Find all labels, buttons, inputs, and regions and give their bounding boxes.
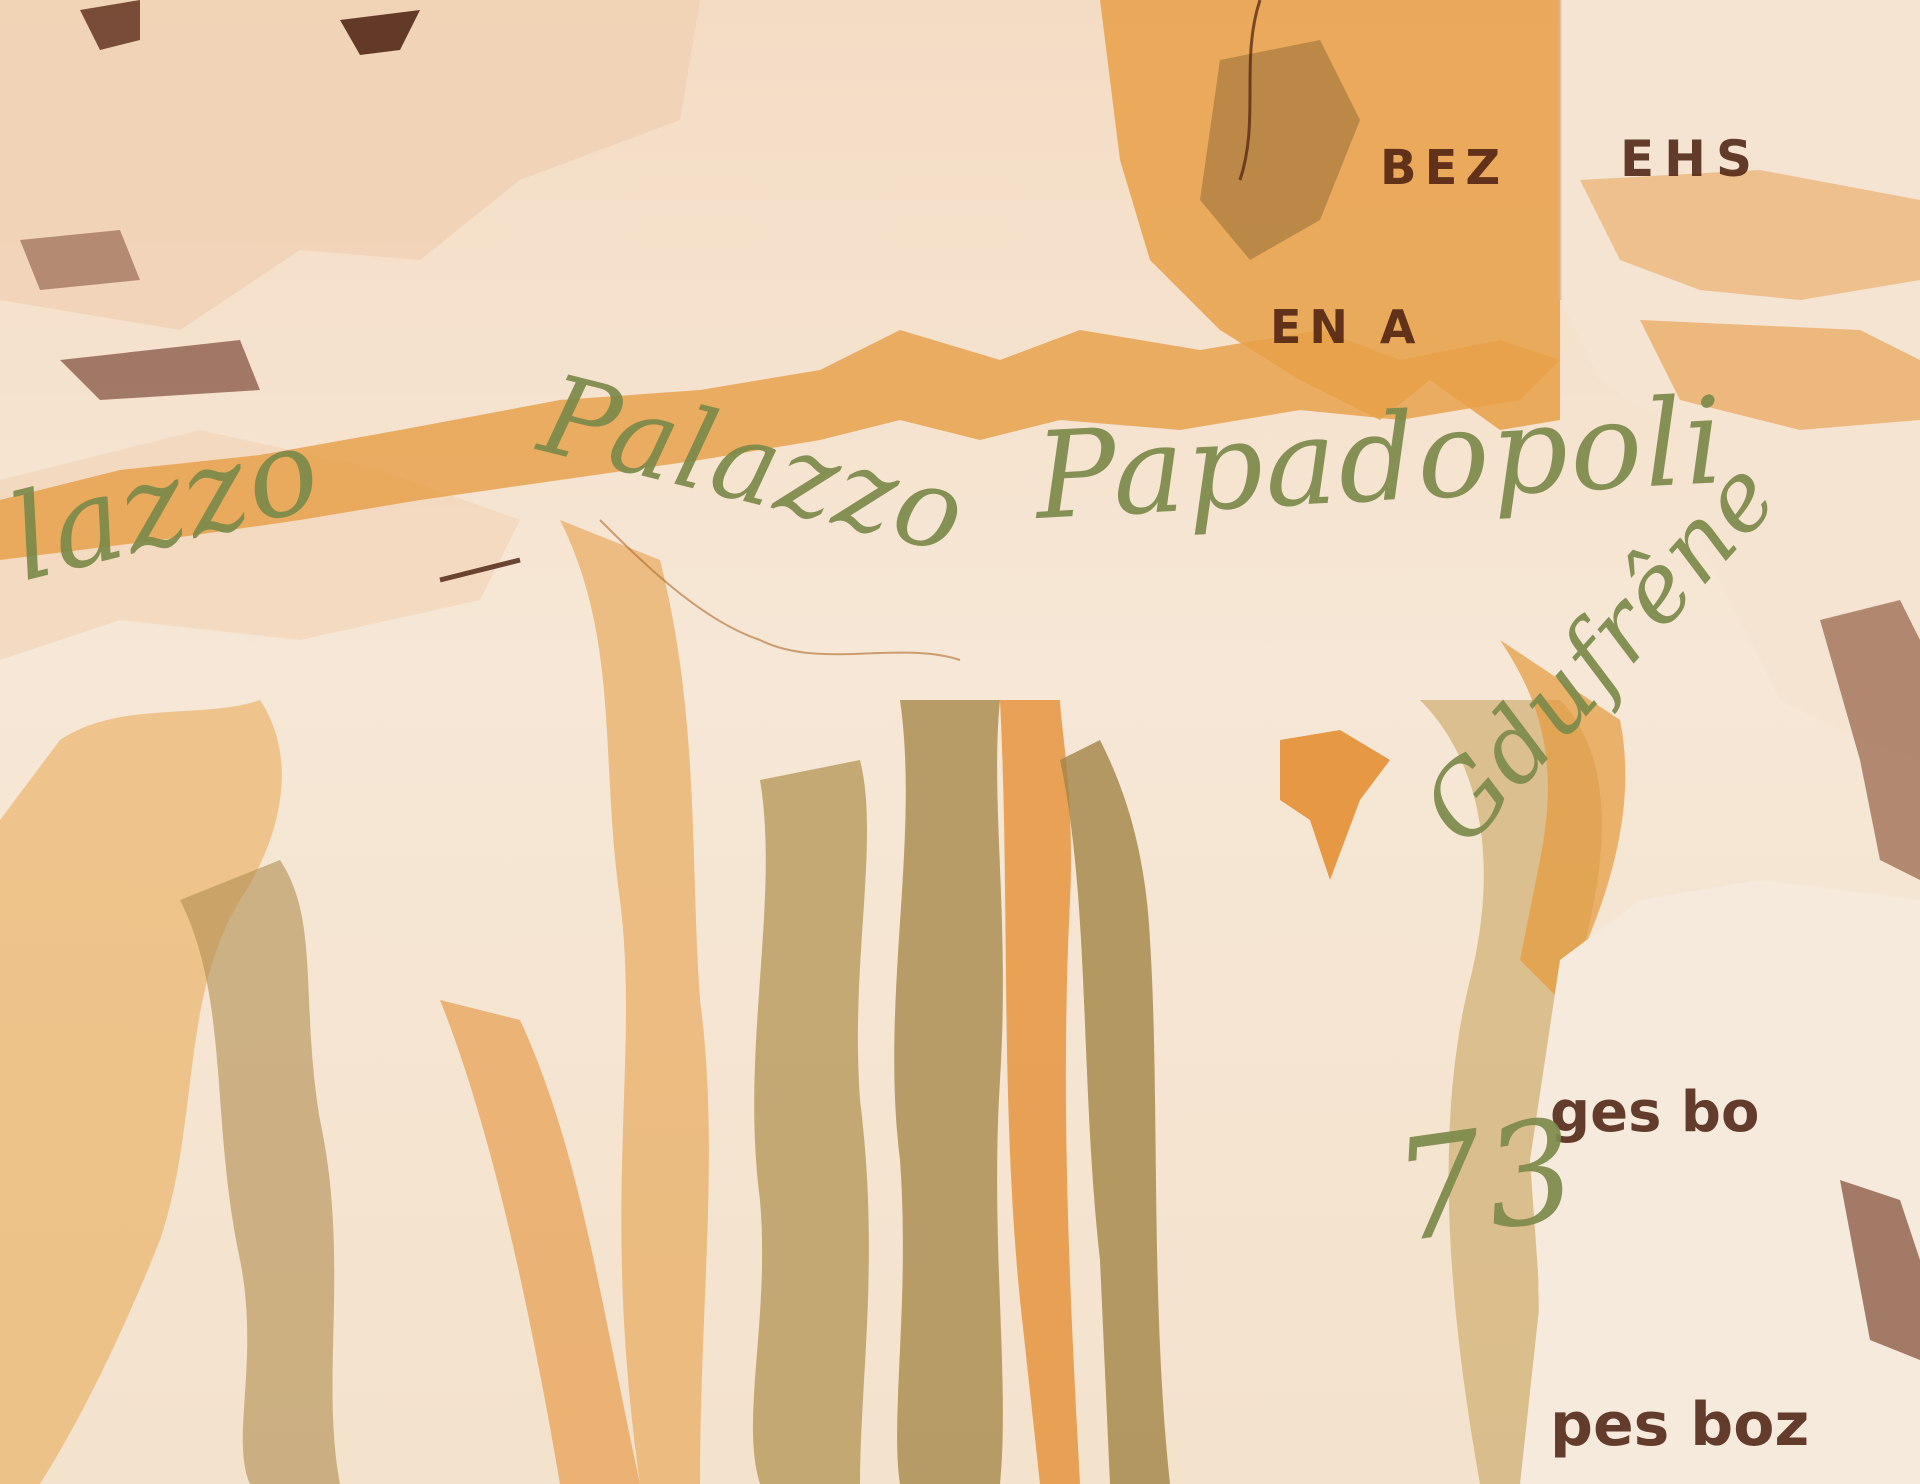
poster-fragment-text: BEZ [1380, 140, 1508, 196]
poster-fragment-text: ges bo [1550, 1080, 1759, 1145]
poster-fragment-text: EN A [1270, 300, 1424, 354]
poster-fragment-text: EHS [1620, 130, 1762, 188]
artwork-year: 73 [1385, 1088, 1588, 1275]
poster-fragment-text: pes boz [1550, 1390, 1809, 1460]
torn-paper-layers [0, 0, 1920, 1484]
artwork-canvas: BEZ EHS EN A ges bo pes boz lazzo Palazz… [0, 0, 1920, 1484]
